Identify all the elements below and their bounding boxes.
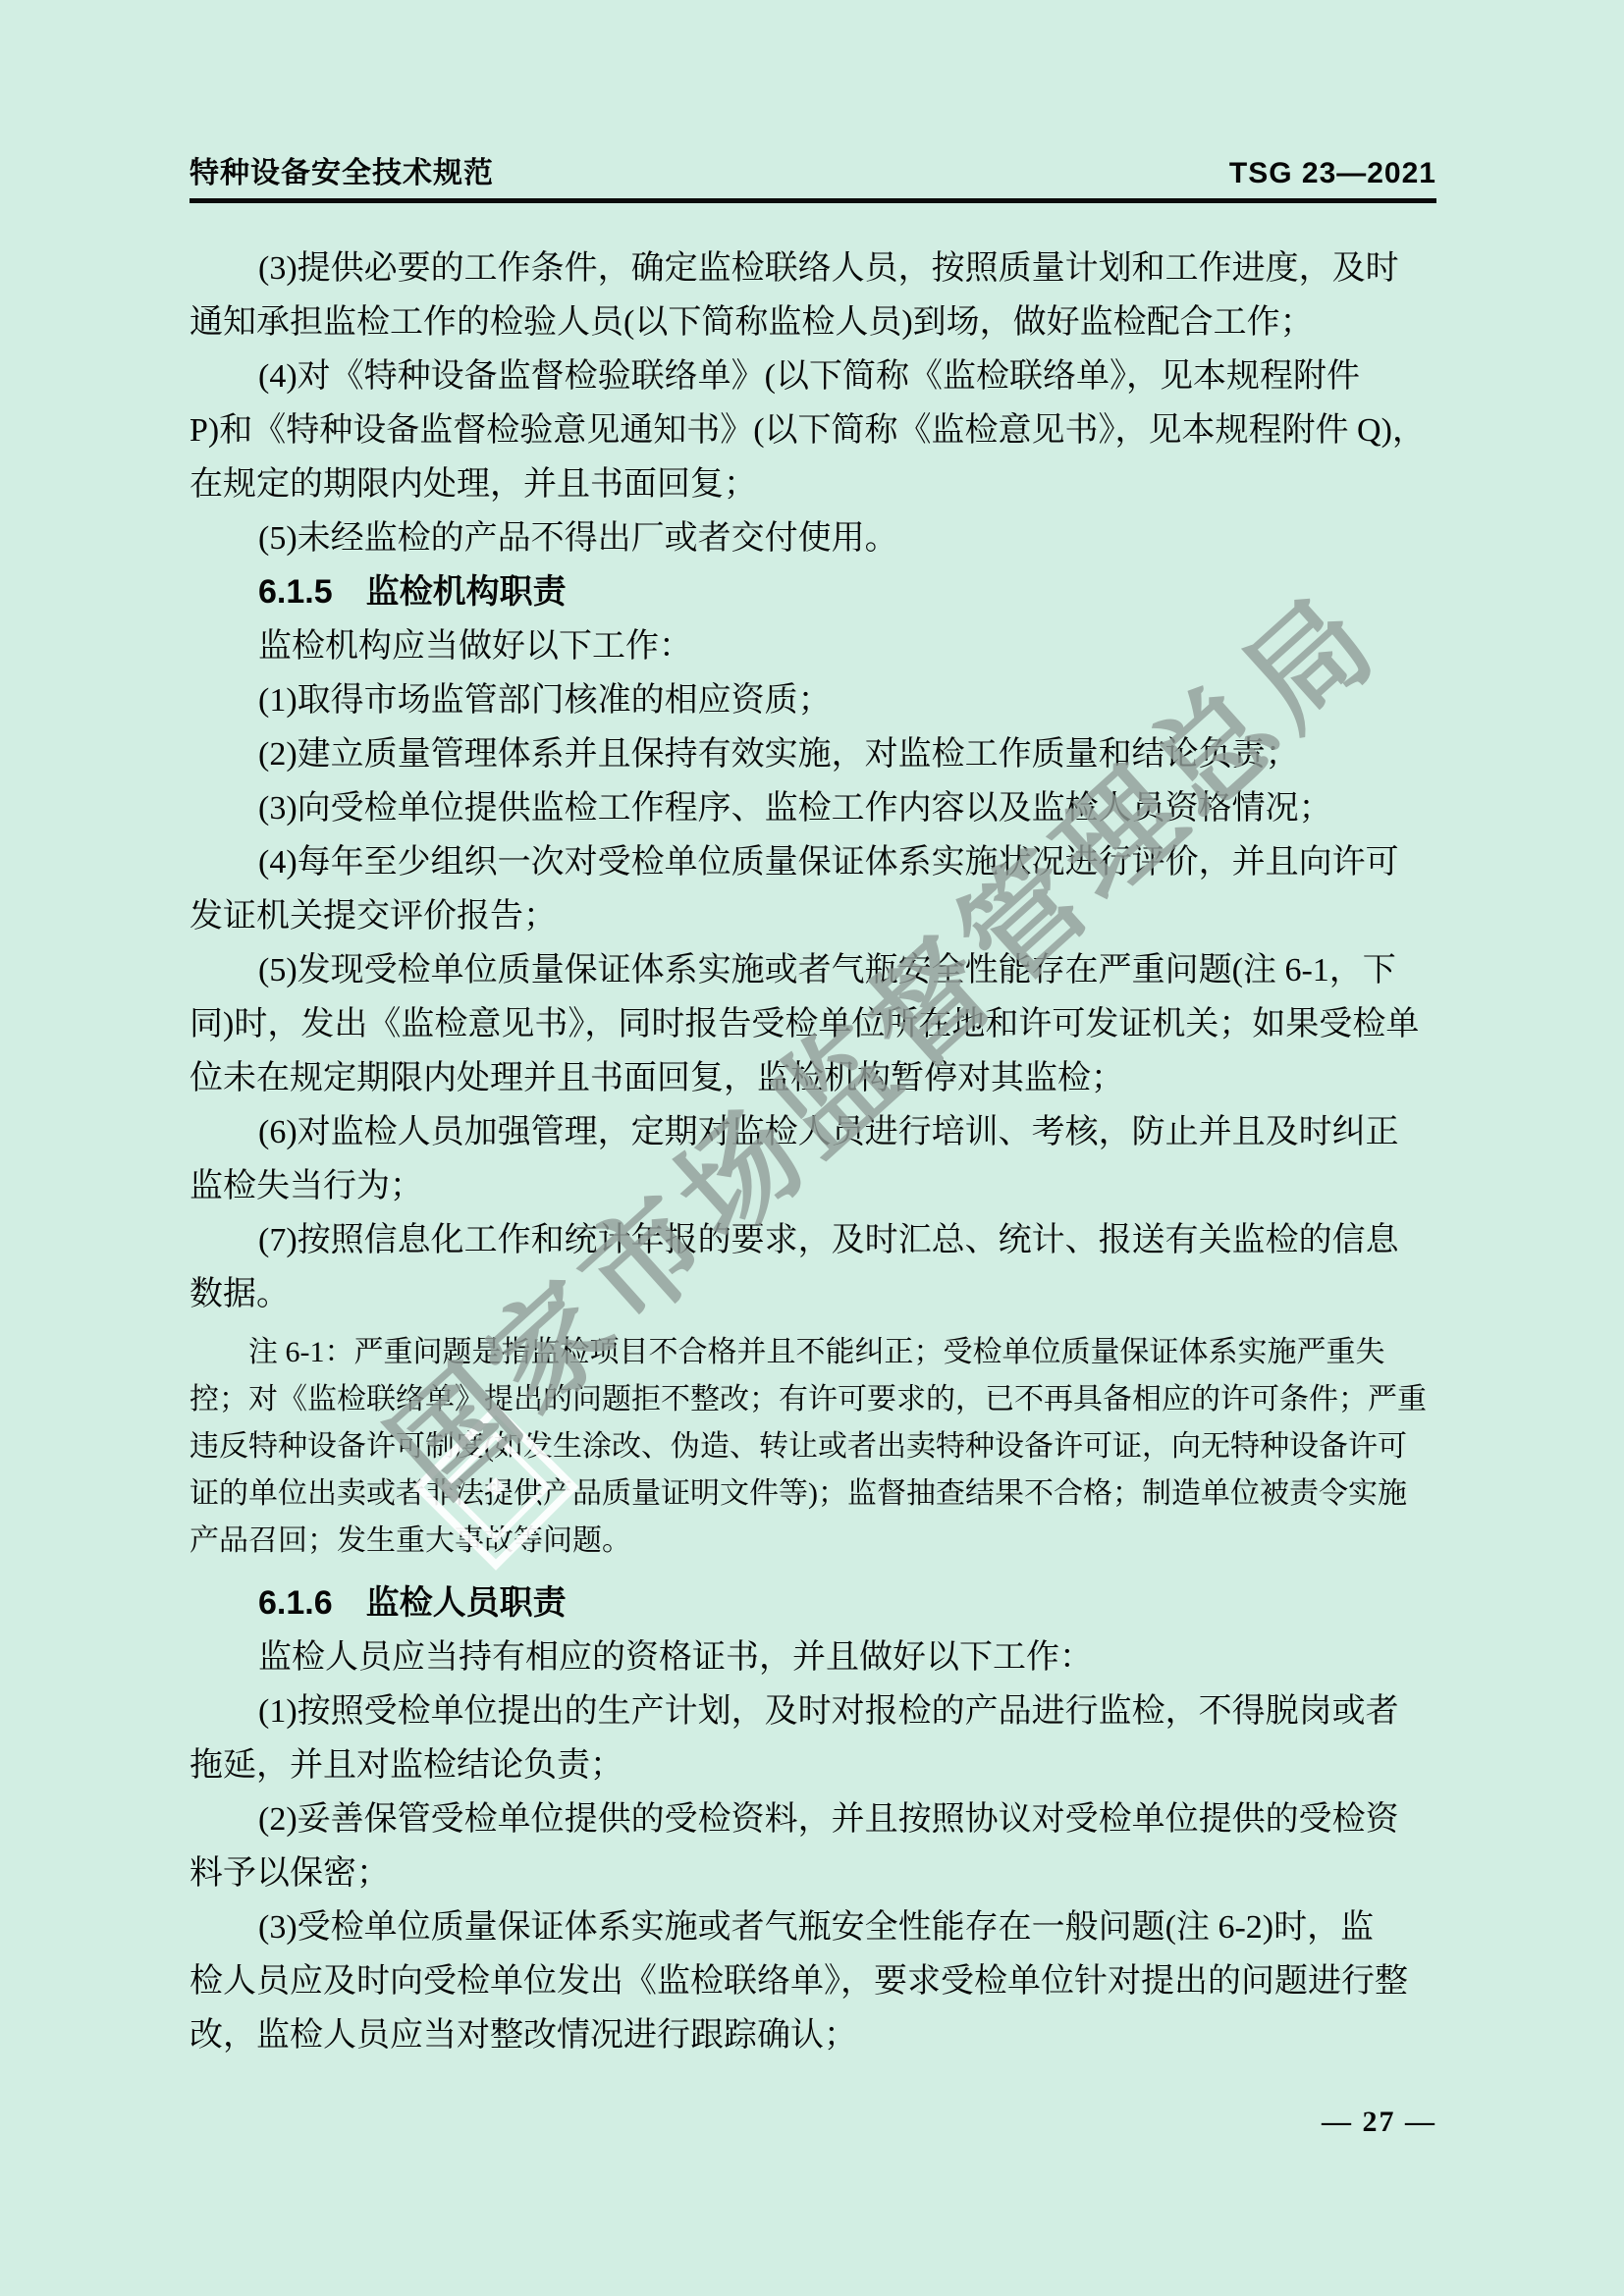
text-line: (4)每年至少组织一次对受检单位质量保证体系实施状况进行评价，并且向许可 [189,835,1436,889]
text-line: 改，监检人员应当对整改情况进行跟踪确认； [189,2008,1436,2062]
text-line: (5)未经监检的产品不得出厂或者交付使用。 [189,511,1436,565]
document-body: (3)提供必要的工作条件，确定监检联络人员，按照质量计划和工作进度，及时通知承担… [189,241,1436,2062]
text-line: 注 6-1：严重问题是指监检项目不合格并且不能纠正；受检单位质量保证体系实施严重… [189,1329,1436,1376]
header-title: 特种设备安全技术规范 [189,155,494,192]
text-line: 数据。 [189,1267,1436,1321]
page-header: 特种设备安全技术规范 TSG 23—2021 [189,155,1436,192]
text-line: 监检人员应当持有相应的资格证书，并且做好以下工作： [189,1630,1436,1684]
text-line: (4)对《特种设备监督检验联络单》(以下简称《监检联络单》，见本规程附件 [189,349,1436,403]
text-line: (2)建立质量管理体系并且保持有效实施，对监检工作质量和结论负责； [189,727,1436,781]
text-line: (5)发现受检单位质量保证体系实施或者气瓶安全性能存在严重问题(注 6-1，下 [189,943,1436,997]
header-document-code: TSG 23—2021 [1229,155,1436,192]
text-line: (1)按照受检单位提出的生产计划，及时对报检的产品进行监检，不得脱岗或者 [189,1684,1436,1738]
text-line: 监检机构应当做好以下工作： [189,619,1436,673]
header-rule [189,198,1436,203]
text-line: P)和《特种设备监督检验意见通知书》(以下简称《监检意见书》，见本规程附件 Q)… [189,403,1436,457]
text-line: 6.1.5 监检机构职责 [189,565,1436,619]
text-line: (7)按照信息化工作和统计年报的要求，及时汇总、统计、报送有关监检的信息 [189,1213,1436,1267]
text-line: 通知承担监检工作的检验人员(以下简称监检人员)到场，做好监检配合工作； [189,295,1436,349]
text-line: 位未在规定期限内处理并且书面回复，监检机构暂停对其监检； [189,1051,1436,1105]
text-line: 发证机关提交评价报告； [189,889,1436,943]
text-line: 违反特种设备许可制度(如发生涂改、伪造、转让或者出卖特种设备许可证，向无特种设备… [189,1423,1436,1470]
page-number: — 27 — [189,2103,1436,2142]
text-line: 6.1.6 监检人员职责 [189,1576,1436,1630]
document-page: { "page": { "background_color": "#d2eee3… [0,0,1624,2296]
text-line: (2)妥善保管受检单位提供的受检资料，并且按照协议对受检单位提供的受检资 [189,1792,1436,1846]
text-line: (6)对监检人员加强管理，定期对监检人员进行培训、考核，防止并且及时纠正 [189,1105,1436,1159]
text-line: 同)时，发出《监检意见书》，同时报告受检单位所在地和许可发证机关；如果受检单 [189,997,1436,1051]
text-line: 在规定的期限内处理，并且书面回复； [189,457,1436,511]
text-line: (3)向受检单位提供监检工作程序、监检工作内容以及监检人员资格情况； [189,781,1436,835]
text-line: 拖延，并且对监检结论负责； [189,1738,1436,1792]
text-line: (1)取得市场监管部门核准的相应资质； [189,673,1436,727]
text-line: 检人员应及时向受检单位发出《监检联络单》，要求受检单位针对提出的问题进行整 [189,1954,1436,2008]
text-line: 证的单位出卖或者非法提供产品质量证明文件等)；监督抽查结果不合格；制造单位被责令… [189,1470,1436,1518]
text-line: 控；对《监检联络单》提出的问题拒不整改；有许可要求的，已不再具备相应的许可条件；… [189,1376,1436,1423]
text-line: (3)提供必要的工作条件，确定监检联络人员，按照质量计划和工作进度，及时 [189,241,1436,295]
text-line: 产品召回；发生重大事故等问题。 [189,1518,1436,1565]
text-line: 料予以保密； [189,1846,1436,1900]
text-line: 监检失当行为； [189,1159,1436,1213]
text-line: (3)受检单位质量保证体系实施或者气瓶安全性能存在一般问题(注 6-2)时，监 [189,1900,1436,1954]
